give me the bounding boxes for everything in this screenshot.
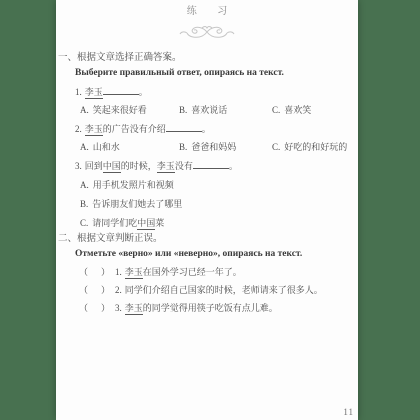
book-page: 练 习 一、根据文章选择正确答案。 Выберите правильный от… [56,0,358,420]
item-number: 1. [115,267,122,277]
text-segment: 笑起来很好看 [93,105,147,115]
section2-items: （ ）1.李玉在国外学习已经一年了。（ ）2.同学们介绍自己国家的时候，老师请来… [56,266,358,314]
option: A.山和水 [80,141,179,153]
answer-blank [193,159,229,169]
text-segment: 的同学觉得用筷子吃饭有点儿难。 [143,303,278,313]
proper-noun: 李玉 [85,87,103,99]
text-segment: 。 [229,161,238,171]
question-number: 2. [75,124,82,134]
text-segment: 没有 [175,161,193,171]
proper-noun: 李玉 [125,267,143,279]
page-number: 11 [343,407,354,417]
option-label: A. [80,105,89,115]
option-label: A. [80,180,89,190]
text-segment: 的时候， [121,161,157,171]
text-segment: 告诉朋友们她去了哪里 [92,199,182,209]
answer-brackets: （ ） [79,285,112,295]
text-segment: 山和水 [93,142,120,152]
answer-brackets: （ ） [79,267,112,277]
text-segment: 。 [139,87,148,97]
text-segment: 用手机发照片和视频 [93,180,174,190]
proper-noun: 李玉 [85,124,103,136]
text-segment: 。 [202,124,211,134]
option: C.喜欢笑 [272,104,358,116]
option-line: A.用手机发照片和视频 [80,179,358,191]
proper-noun: 李玉 [157,161,175,173]
text-segment: 好吃的和好玩的 [284,142,347,152]
section2-instruction: Отметьте «верно» или «неверно», опираясь… [75,248,358,260]
question-number: 1. [75,87,82,97]
text-segment: 同学们介绍自己国家的时候，老师请来了很多人。 [125,285,323,295]
page-title: 练 习 [56,2,358,17]
section-true-false: 二、根据文章判断正误。 Отметьте «верно» или «неверн… [56,233,358,314]
proper-noun: 李玉 [125,303,143,315]
answer-blank [103,85,139,95]
text-segment: 喜欢说话 [191,105,227,115]
text-segment: 爸爸和妈妈 [191,142,236,152]
option-label: B. [179,105,187,115]
option: A.笑起来很好看 [80,104,179,116]
proper-noun: 中国 [137,218,155,230]
section-multiple-choice: 一、根据文章选择正确答案。 Выберите правильный ответ,… [56,52,358,229]
option-label: A. [80,142,89,152]
text-segment: 在国外学习已经一年了。 [143,267,242,277]
ornament-flourish-icon [56,24,358,41]
question-line: 2.李玉的广告没有介绍。 [75,122,358,135]
option-label: B. [80,199,88,209]
text-segment: 菜 [155,218,164,228]
text-segment: 请同学们吃 [92,218,137,228]
question-line: 3.回到中国的时候，李玉没有。 [75,159,358,172]
item-number: 3. [115,303,122,313]
option-line: C.请同学们吃中国菜 [80,217,358,229]
proper-noun: 中国 [103,161,121,173]
section1-questions: 1.李玉。A.笑起来很好看B.喜欢说话C.喜欢笑2.李玉的广告没有介绍。A.山和… [56,85,358,229]
option-label: C. [272,142,280,152]
option-label: C. [80,218,88,228]
item-number: 2. [115,285,122,295]
true-false-item: （ ）1.李玉在国外学习已经一年了。 [79,266,358,278]
desk-background: { "page": { "title": "练 习", "page_number… [0,0,420,420]
option-line: B.告诉朋友们她去了哪里 [80,198,358,210]
options-row: A.山和水B.爸爸和妈妈C.好吃的和好玩的 [80,141,358,153]
option: B.爸爸和妈妈 [179,141,272,153]
text-segment: 喜欢笑 [284,105,311,115]
section1-header: 一、根据文章选择正确答案。 [58,52,358,64]
answer-blank [166,122,202,132]
text-segment: 的广告没有介绍 [103,124,166,134]
section2-header: 二、根据文章判断正误。 [58,233,358,245]
true-false-item: （ ）2.同学们介绍自己国家的时候，老师请来了很多人。 [79,284,358,296]
option: B.喜欢说话 [179,104,272,116]
answer-brackets: （ ） [79,303,112,313]
question-line: 1.李玉。 [75,85,358,98]
options-row: A.笑起来很好看B.喜欢说话C.喜欢笑 [80,104,358,116]
true-false-item: （ ）3.李玉的同学觉得用筷子吃饭有点儿难。 [79,302,358,314]
option-label: B. [179,142,187,152]
section1-instruction: Выберите правильный ответ, опираясь на т… [75,67,358,79]
option: C.好吃的和好玩的 [272,141,358,153]
text-segment: 回到 [85,161,103,171]
option-label: C. [272,105,280,115]
question-number: 3. [75,161,82,171]
